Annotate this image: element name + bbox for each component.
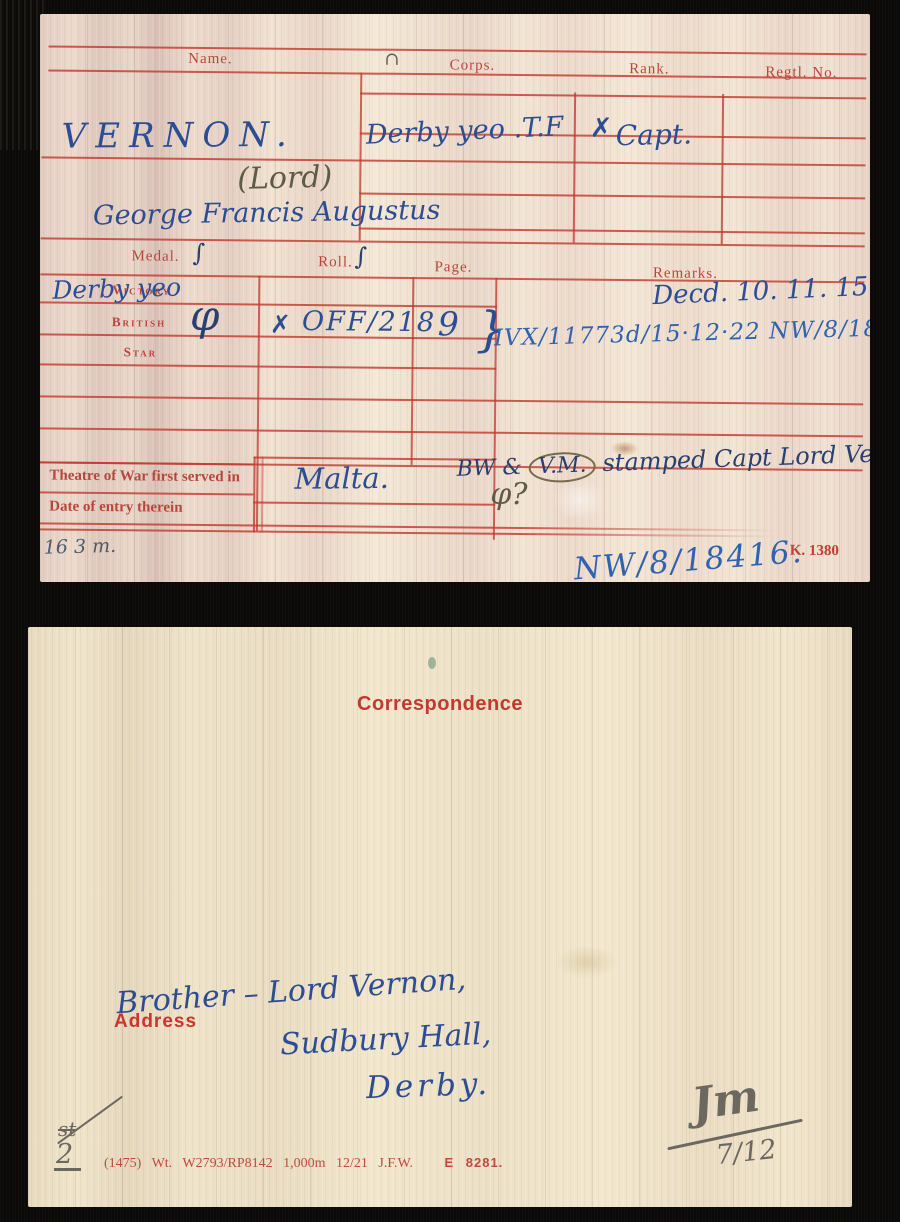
correspondence-title: Correspondence (28, 693, 852, 716)
rank-column-header: Rank. (599, 61, 699, 79)
pencil-signature-date: 7/12 (715, 1136, 778, 1169)
ruled-line-h (40, 363, 497, 369)
medal-column-header: Medal. (105, 248, 205, 266)
pencil-fraction-denominator: 2 (54, 1141, 81, 1171)
pen-mark: ∫ (354, 244, 367, 268)
corps-entry: Derby yeo .T.F (365, 113, 564, 148)
british-row-mark: φ (190, 295, 220, 337)
circled-vm: V.M. (529, 451, 597, 483)
page-column-header: Page. (403, 259, 503, 277)
medal-index-card-back: Correspondence Address Brother – Lord Ve… (28, 627, 852, 1207)
pen-mark: ∩ (384, 51, 399, 69)
address-line-3: Derby. (365, 1069, 491, 1104)
pencil-date-note: 16 3 m. (44, 537, 117, 558)
card-form-code: K. 1380 (790, 543, 839, 560)
rank-entry: Capt. (615, 120, 692, 150)
medal-index-card-front: Name. ∩ Corps. Rank. Regtl. No. VERNON. … (40, 14, 870, 582)
remarks-reference-note: IVX/11773d/15·12·22 NW/8/18416. (494, 316, 870, 350)
ruled-line-h (40, 461, 254, 465)
ruled-line-v (261, 457, 264, 533)
forenames-entry: George Francis Augustus (93, 197, 441, 230)
rank-x-mark: ✗ (590, 115, 613, 142)
ruled-line-v (256, 276, 260, 531)
address-line-2: Sudbury Hall, (279, 1019, 491, 1060)
remarks-deceased-note: Decd. 10. 11. 15. (652, 274, 870, 310)
imprint-code: E 8281. (444, 1155, 503, 1170)
corps-column-header: Corps. (422, 57, 522, 75)
ruled-line-v (721, 94, 724, 244)
printers-imprint: (1475) Wt. W2793/RP8142 1,000m 12/21 J.F… (104, 1155, 503, 1172)
ruled-line-h (41, 156, 865, 166)
ruled-line-h (40, 491, 253, 495)
imprint-text: (1475) Wt. W2793/RP8142 1,000m 12/21 J.F… (104, 1156, 413, 1171)
theatre-of-war-label: Theatre of War first served in (49, 468, 240, 487)
name-column-header: Name. (160, 51, 260, 69)
scanned-document-background: Name. ∩ Corps. Rank. Regtl. No. VERNON. … (0, 0, 900, 1222)
ruled-line-v (573, 93, 576, 243)
phi-query-mark: φ? (490, 480, 527, 510)
ruled-line-h (41, 237, 865, 247)
front-card-content: Name. ∩ Corps. Rank. Regtl. No. VERNON. … (40, 14, 870, 582)
star-medal-label: Star (124, 344, 158, 360)
reference-number-note: NW/8/18416. (573, 537, 805, 582)
date-of-entry-label: Date of entry therein (49, 499, 183, 517)
british-medal-label: British (112, 314, 166, 331)
regtl-no-column-header: Regtl. No. (742, 64, 860, 82)
ruled-line-h (40, 395, 863, 405)
surname-entry: VERNON. (62, 118, 296, 154)
ruled-line-v (411, 277, 415, 465)
address-line-1: Brother – Lord Vernon, (115, 965, 467, 1019)
pencil-fraction-numerator: st (58, 1119, 76, 1139)
title-entry: (Lord) (237, 163, 333, 195)
roll-x-mark: ✗ (270, 312, 291, 337)
page-entry: 9 (438, 307, 459, 340)
medals-note-text: stamped Capt Lord Vernon. (602, 438, 870, 477)
embossed-stamp-mark (553, 478, 605, 520)
paper-speck (428, 657, 436, 669)
ruled-line-h (40, 427, 863, 437)
roll-column-header: Roll. (285, 254, 385, 272)
ruled-line-h (253, 501, 495, 505)
pen-mark: ∫ (192, 241, 205, 265)
paper-stain (555, 945, 619, 979)
ruled-line-h (360, 92, 866, 99)
pencil-signature: Jm (689, 1075, 762, 1128)
roll-entry: OFF/218 (302, 308, 436, 336)
ruled-line-h (359, 227, 865, 234)
theatre-of-war-entry: Malta. (294, 464, 389, 494)
victory-row-entry: Derby yeo (52, 275, 181, 303)
